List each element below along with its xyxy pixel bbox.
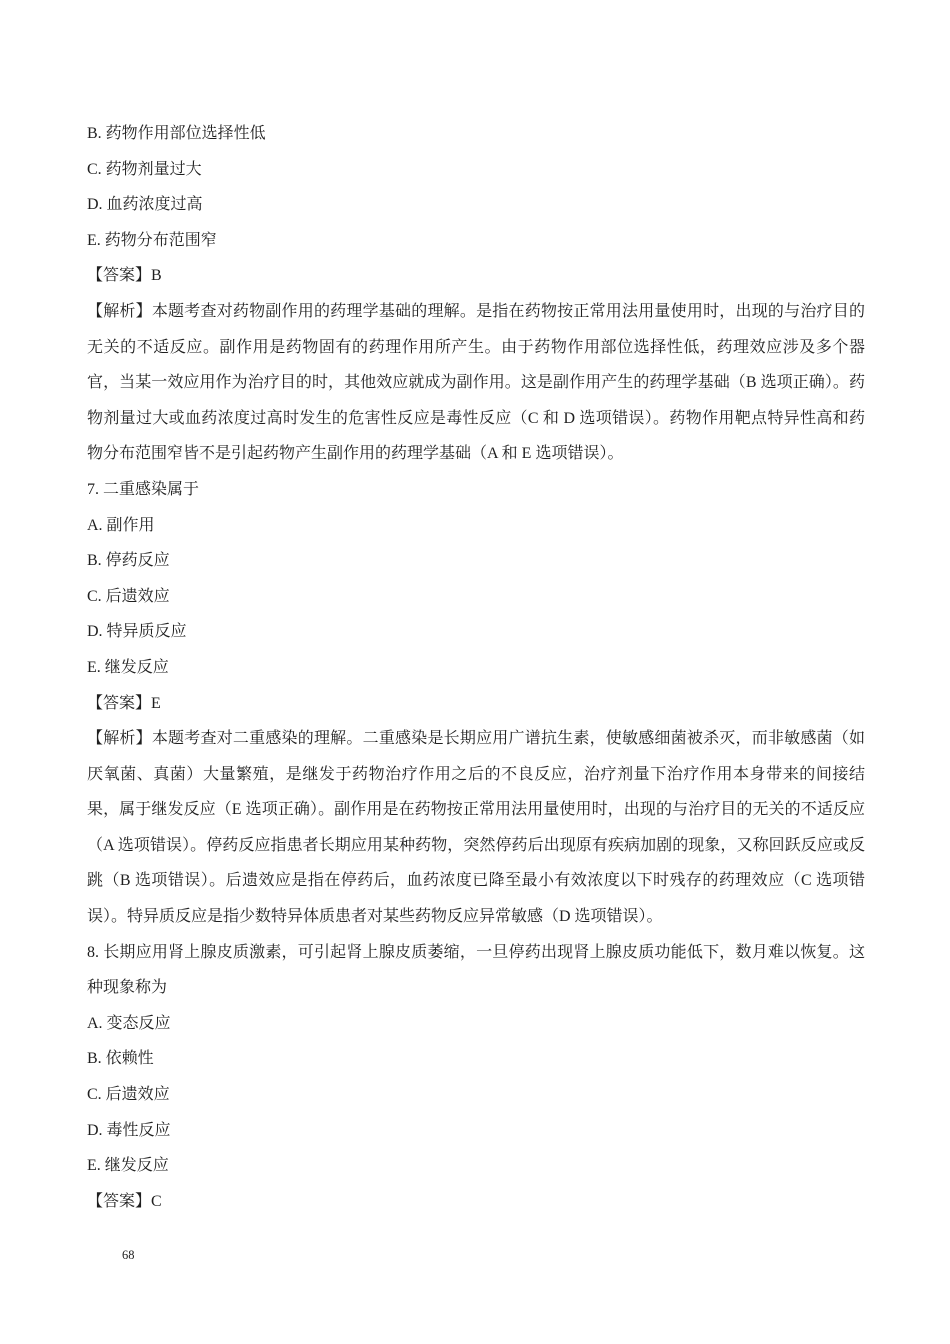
option-line: B. 停药反应 [87,543,865,579]
answer-line: 【答案】E [87,686,865,722]
option-line: E. 药物分布范围窄 [87,223,865,259]
question-6-block: B. 药物作用部位选择性低 C. 药物剂量过大 D. 血药浓度过高 E. 药物分… [87,116,865,472]
option-line: A. 副作用 [87,508,865,544]
option-line: C. 药物剂量过大 [87,152,865,188]
option-line: B. 依赖性 [87,1041,865,1077]
option-line: D. 毒性反应 [87,1113,865,1149]
question-stem: 7. 二重感染属于 [87,472,865,508]
option-line: C. 后遗效应 [87,579,865,615]
question-stem: 8. 长期应用肾上腺皮质激素，可引起肾上腺皮质萎缩，一旦停药出现肾上腺皮质功能低… [87,935,865,1006]
option-line: D. 血药浓度过高 [87,187,865,223]
question-7-block: 7. 二重感染属于 A. 副作用 B. 停药反应 C. 后遗效应 D. 特异质反… [87,472,865,935]
option-line: D. 特异质反应 [87,614,865,650]
answer-line: 【答案】C [87,1184,865,1220]
document-page: B. 药物作用部位选择性低 C. 药物剂量过大 D. 血药浓度过高 E. 药物分… [0,0,950,1344]
option-line: E. 继发反应 [87,650,865,686]
exam-content: B. 药物作用部位选择性低 C. 药物剂量过大 D. 血药浓度过高 E. 药物分… [87,116,865,1219]
analysis-paragraph: 【解析】本题考查对二重感染的理解。二重感染是长期应用广谱抗生素，使敏感细菌被杀灭… [87,721,865,935]
question-8-block: 8. 长期应用肾上腺皮质激素，可引起肾上腺皮质萎缩，一旦停药出现肾上腺皮质功能低… [87,935,865,1220]
option-line: B. 药物作用部位选择性低 [87,116,865,152]
analysis-paragraph: 【解析】本题考查对药物副作用的药理学基础的理解。是指在药物按正常用法用量使用时，… [87,294,865,472]
option-line: A. 变态反应 [87,1006,865,1042]
option-line: C. 后遗效应 [87,1077,865,1113]
page-number: 68 [122,1247,135,1263]
answer-line: 【答案】B [87,258,865,294]
option-line: E. 继发反应 [87,1148,865,1184]
